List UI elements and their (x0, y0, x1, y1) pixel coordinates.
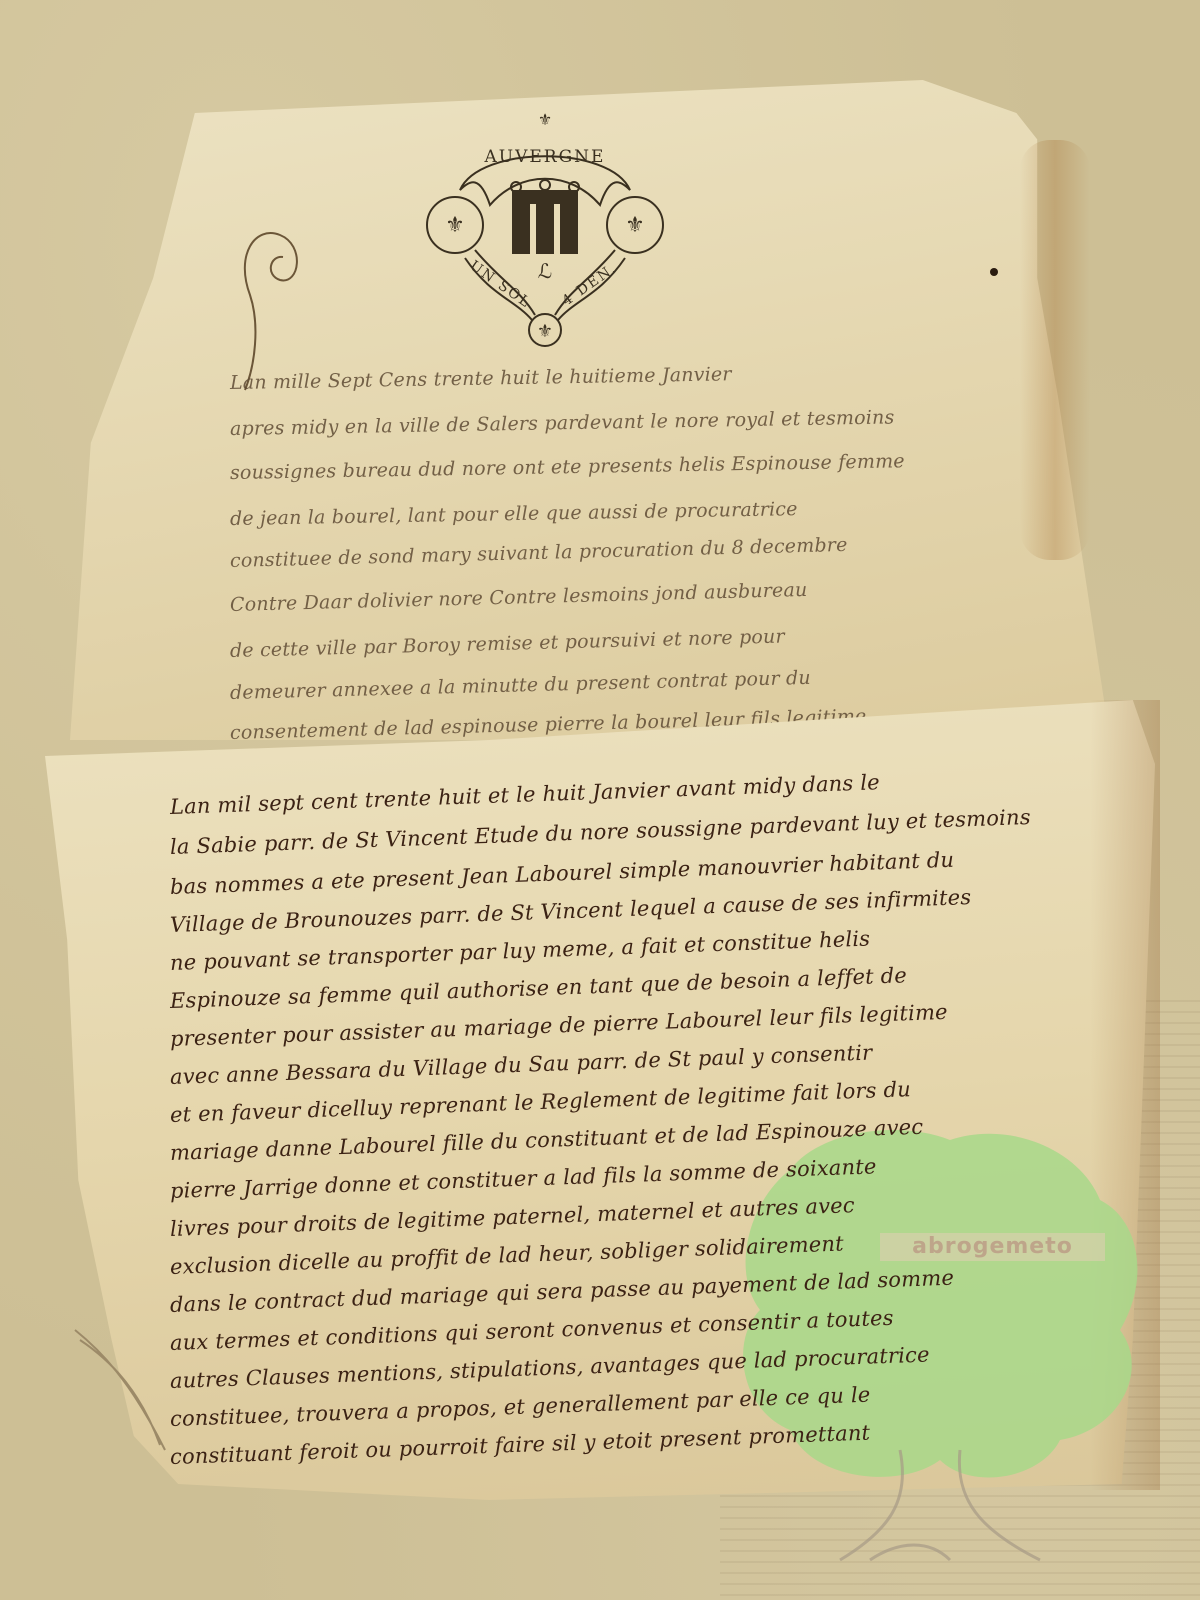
fleur-de-lis-icon: ⚜ (537, 321, 553, 342)
auvergne-tax-stamp: ⚜ ⚜ ⚜ ⚜ ℒ AUVERGNE UN SOL 4 DEN. (420, 110, 670, 350)
water-stain (1020, 140, 1090, 560)
watermark-label: abrogemeto (880, 1233, 1105, 1261)
decorative-initial-l (225, 215, 315, 395)
fleur-de-lis-icon: ⚜ (538, 110, 552, 129)
stamp-region-text: AUVERGNE (484, 147, 606, 167)
stamp-denomination-left: UN SOL (467, 258, 534, 312)
fleur-de-lis-icon: ⚜ (445, 213, 465, 238)
fleur-de-lis-icon: ⚜ (625, 213, 645, 238)
ink-blot (990, 268, 998, 276)
monogram-icon: ℒ (538, 259, 552, 283)
stamp-denomination-right: 4 DEN. (559, 260, 619, 309)
castle-gate-emblem-icon (511, 180, 579, 254)
binding-string (70, 1320, 180, 1460)
